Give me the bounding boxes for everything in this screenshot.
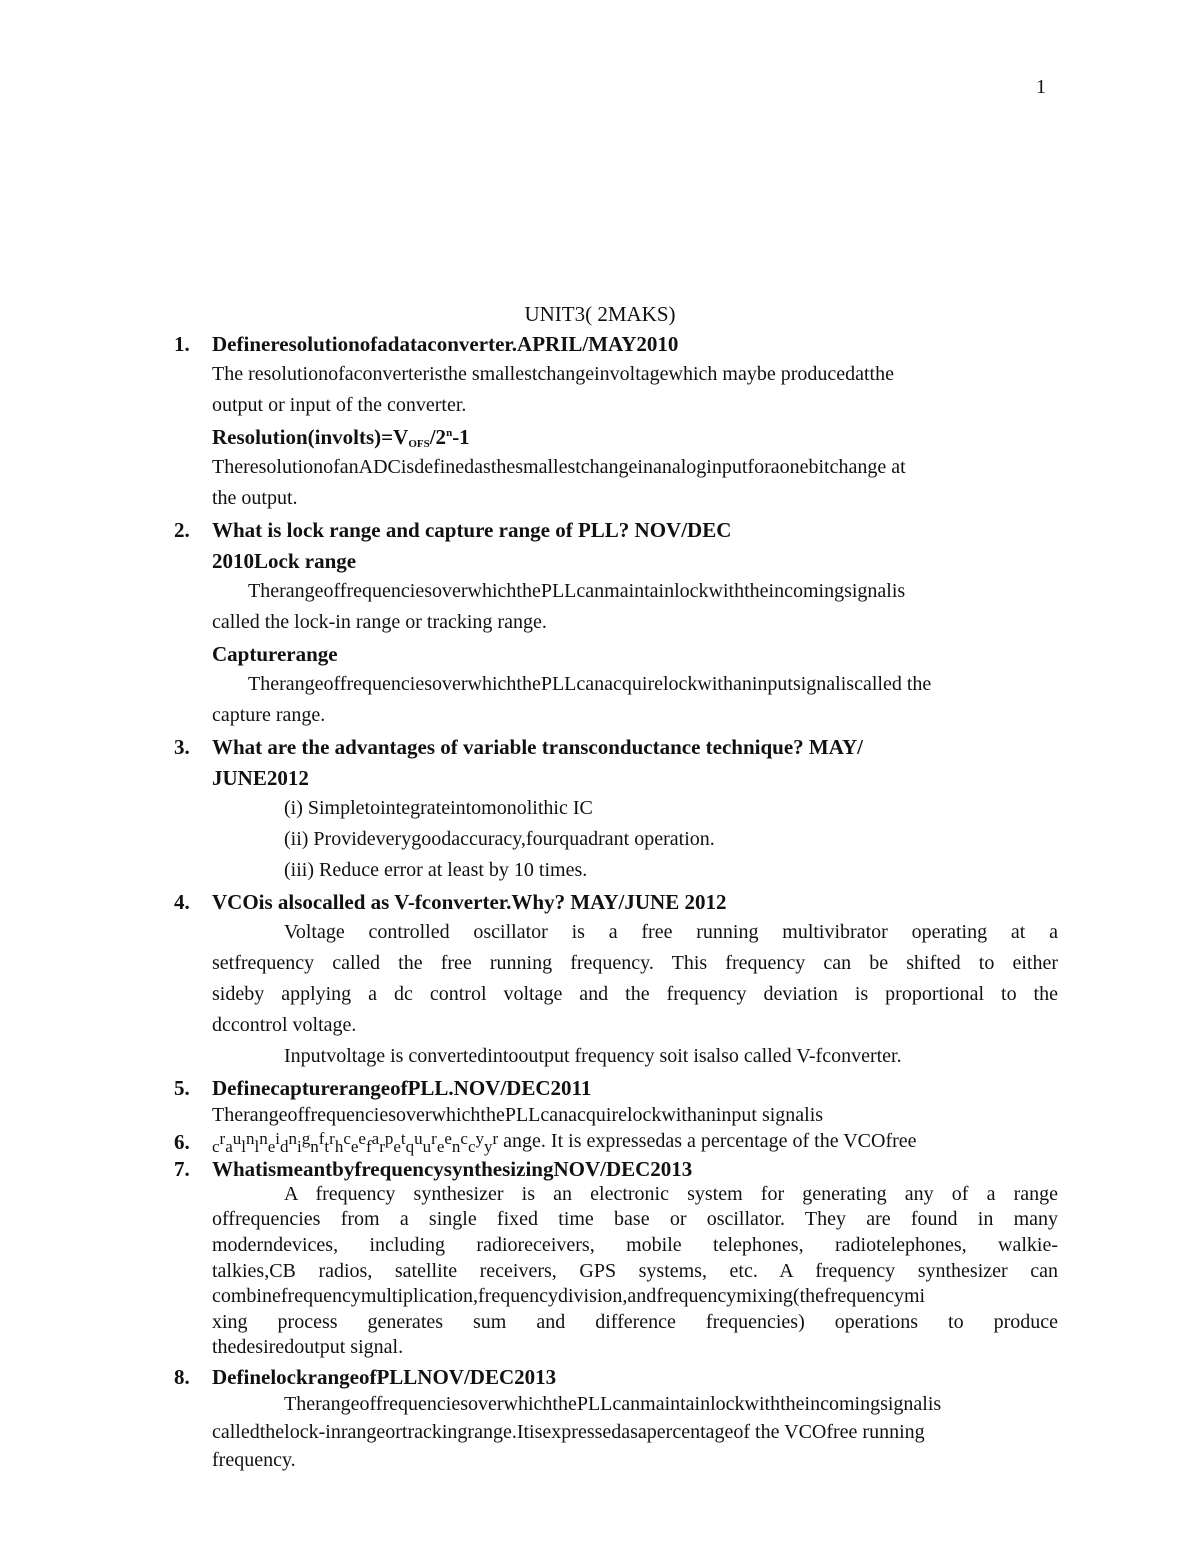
- answer-line: dccontrol voltage.: [212, 1014, 356, 1037]
- question-heading: Defineresolutionofadataconverter.APRIL/M…: [212, 332, 678, 357]
- question-heading: WhatismeantbyfrequencysynthesizingNOV/DE…: [212, 1157, 692, 1182]
- question-heading: VCOis alsocalled as V-fconverter.Why? MA…: [212, 890, 726, 915]
- answer-line: calledthelock-inrangeortrackingrange.Iti…: [212, 1421, 925, 1444]
- resolution-formula: Resolution(involts)=VOFS/2n-1: [212, 425, 470, 450]
- question-heading: What are the advantages of variable tran…: [212, 735, 863, 760]
- question-number: 5.: [174, 1076, 190, 1101]
- garbled-answer-line: craulnlneidnignftrhceefarpetquureenccyyr…: [212, 1130, 917, 1153]
- question-heading-cont: JUNE2012: [212, 766, 309, 791]
- answer-line: thedesiredoutput signal.: [212, 1336, 403, 1359]
- question-heading: DefinelockrangeofPLLNOV/DEC2013: [212, 1365, 556, 1390]
- question-number: 3.: [174, 735, 190, 760]
- answer-line: TherangeoffrequenciesoverwhichthePLLcanm…: [284, 1393, 941, 1416]
- answer-line: offrequencies from a single fixed time b…: [212, 1208, 1058, 1231]
- question-heading: What is lock range and capture range of …: [212, 518, 731, 543]
- question-number: 8.: [174, 1365, 190, 1390]
- question-heading: DefinecapturerangeofPLL.NOV/DEC2011: [212, 1076, 591, 1101]
- answer-line: Voltage controlled oscillator is a free …: [284, 921, 1058, 944]
- list-item: (iii) Reduce error at least by 10 times.: [284, 859, 587, 882]
- answer-line: combinefrequencymultiplication,frequency…: [212, 1285, 1058, 1308]
- answer-line: TheresolutionofanADCisdefinedasthesmalle…: [212, 456, 906, 479]
- question-number: 1.: [174, 332, 190, 357]
- answer-line: TherangeoffrequenciesoverwhichthePLLcana…: [212, 1104, 823, 1127]
- page-title: UNIT3( 2MAKS): [0, 302, 1200, 327]
- list-item: (ii) Provideverygoodaccuracy,fourquadran…: [284, 828, 715, 851]
- answer-line: frequency.: [212, 1449, 296, 1472]
- page-number: 1: [1036, 76, 1046, 99]
- question-number: 4.: [174, 890, 190, 915]
- answer-line: output or input of the converter.: [212, 394, 466, 417]
- answer-line: TherangeoffrequenciesoverwhichthePLLcanm…: [248, 580, 905, 603]
- subheading-lock-range: 2010Lock range: [212, 549, 356, 574]
- answer-line: A frequency synthesizer is an electronic…: [284, 1183, 1058, 1206]
- answer-line: The resolutionofaconverteristhe smallest…: [212, 363, 894, 386]
- answer-line: sideby applying a dc control voltage and…: [212, 983, 1058, 1006]
- answer-line: the output.: [212, 487, 298, 510]
- answer-line: capture range.: [212, 704, 325, 727]
- answer-line: xing process generates sum and differenc…: [212, 1311, 1058, 1334]
- answer-line: called the lock-in range or tracking ran…: [212, 611, 547, 634]
- question-number: 2.: [174, 518, 190, 543]
- answer-line: setfrequency called the free running fre…: [212, 952, 1058, 975]
- answer-line: talkies,CB radios, satellite receivers, …: [212, 1260, 1058, 1283]
- answer-line: Inputvoltage is convertedintooutput freq…: [284, 1045, 902, 1068]
- question-number: 6.: [174, 1130, 190, 1155]
- answer-line: TherangeoffrequenciesoverwhichthePLLcana…: [248, 673, 931, 696]
- question-number: 7.: [174, 1157, 190, 1182]
- answer-line: moderndevices, including radioreceivers,…: [212, 1234, 1058, 1257]
- list-item: (i) Simpletointegrateintomonolithic IC: [284, 797, 593, 820]
- subheading-capture-range: Capturerange: [212, 642, 338, 667]
